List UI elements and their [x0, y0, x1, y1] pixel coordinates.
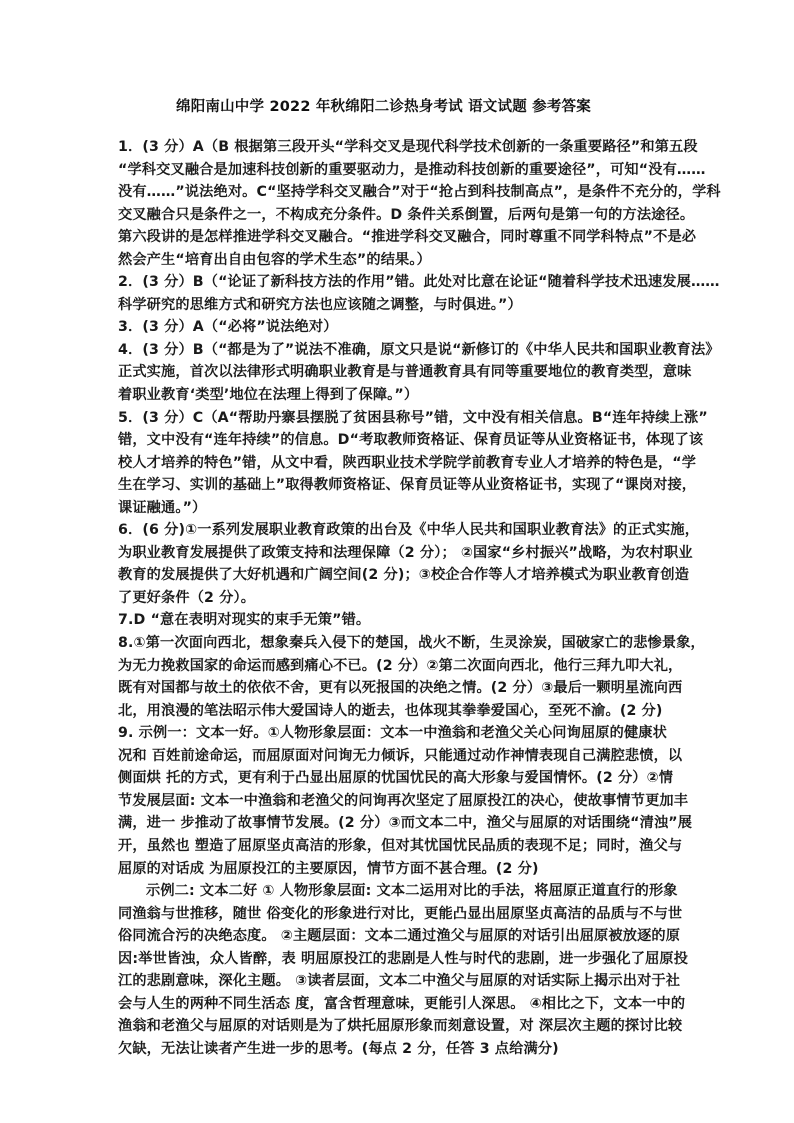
text-line: 没有……”说法绝对。C“坚持学科交叉融合”对于“抢占到科技制高点”，是条件不充分… [118, 181, 684, 204]
text-line: 况和 百姓前途命运，而屈原面对问询无力倾诉，只能通过动作神情表现自己满腔悲愤，以 [118, 745, 684, 768]
text-line: 生在学习、实训的基础上”取得教师资格证、保育员证等从业资格证书，实现了“课岗对接… [118, 474, 684, 497]
text-line: 9. 示例一：文本一好。①人物形象层面：文本一中渔翁和老渔父关心问询屈原的健康状 [118, 722, 684, 745]
text-line: 课证融通。”） [118, 497, 684, 520]
text-line: 欠缺，无法让读者产生进一步的思考。(每点 2 分，任答 3 点给满分) [118, 1038, 684, 1061]
text-line: 因:举世皆浊，众人皆醉，表 明屈原投江的悲剧是人性与时代的悲剧，进一步强化了屈原… [118, 948, 684, 971]
text-line: 江的悲剧意味，深化主题。 ③读者层面，文本二中渔父与屈原的对话实际上揭示出对于社 [118, 970, 684, 993]
text-line: 4．(3 分）B（“都是为了”说法不准确，原文只是说“新修订的《中华人民共和国职… [118, 339, 684, 362]
text-line: 5．(3 分）C（A“帮助丹寨县摆脱了贫困县称号”错，文中没有相关信息。B“连年… [118, 407, 684, 430]
text-line: 正式实施，首次以法律形式明确职业教育是与普通教育具有同等重要地位的教育类型，意味 [118, 361, 684, 384]
answer-body: 1．(3 分）A（B 根据第三段开头“学科交叉是现代科学技术创新的一条重要路径”… [118, 136, 684, 1060]
text-line: 了更好条件（2 分）。 [118, 587, 684, 610]
text-line: 俗同流合污的决绝态度。 ②主题层面：文本二通过渔父与屈原的对话引出屈原被放逐的原 [118, 925, 684, 948]
text-line: 然会产生“培育出自由包容的学术生态”的结果。） [118, 249, 684, 272]
text-line: 侧面烘 托的方式，更有利于凸显出屈原的忧国忧民的高大形象与爱国情怀。(2 分）②… [118, 767, 684, 790]
document-title: 绵阳南山中学 2022 年秋绵阳二诊热身考试 语文试题 参考答案 [176, 95, 591, 116]
text-line: 着职业教育‘类型’地位在法理上得到了保障。”） [118, 384, 684, 407]
text-line: 满，进一 步推动了故事情节发展。(2 分）③而文本二中，渔父与屈原的对话围绕“清… [118, 812, 684, 835]
text-line: 教育的发展提供了大好机遇和广阔空间(2 分)；③校企合作等人才培养模式为职业教育… [118, 564, 684, 587]
text-line: 2．(3 分）B（“论证了新科技方法的作用”错。此处对比意在论证“随着科学技术迅… [118, 271, 684, 294]
text-line: 3．(3 分）A（“必将”说法绝对） [118, 316, 684, 339]
text-line: 校人才培养的特色”错，从文中看，陕西职业技术学院学前教育专业人才培养的特色是，“… [118, 452, 684, 475]
text-line: 6．(6 分)①一系列发展职业教育政策的出台及《中华人民共和国职业教育法》的正式… [118, 519, 684, 542]
text-line: 北，用浪漫的笔法昭示伟大爱国诗人的逝去，也体现其拳拳爱国心，至死不渝。(2 分) [118, 700, 684, 723]
text-line: 屈原的对话成 为屈原投江的主要原因，情节方面不甚合理。(2 分) [118, 858, 684, 881]
text-line: 错，文中没有“连年持续”的信息。D“考取教师资格证、保育员证等从业资格证书，体现… [118, 429, 684, 452]
text-line: 会与人生的两种不同生活态 度，富含哲理意味，更能引人深思。 ④相比之下，文本一中… [118, 993, 684, 1016]
text-line: 科学研究的思维方式和研究方法也应该随之调整，与时俱进。”） [118, 294, 684, 317]
text-line: 交叉融合只是条件之一，不构成充分条件。D 条件关系倒置，后两句是第一句的方法途径… [118, 204, 684, 227]
text-line: 节发展层面: 文本一中渔翁和老渔父的问询再次坚定了屈原投江的决心，使故事情节更加… [118, 790, 684, 813]
text-line: 7.D “意在表明对现实的束手无策”错。 [118, 609, 684, 632]
text-line: 为无力挽救国家的命运而感到痛心不已。(2 分）②第二次面向西北，他行三拜九叩大礼… [118, 655, 684, 678]
text-line: 开，虽然也 塑造了屈原坚贞高洁的形象，但对其忧国忧民品质的表现不足；同时，渔父与 [118, 835, 684, 858]
text-line: 1．(3 分）A（B 根据第三段开头“学科交叉是现代科学技术创新的一条重要路径”… [118, 136, 684, 159]
text-line: 同渔翁与世推移，随世 俗变化的形象进行对比，更能凸显出屈原坚贞高洁的品质与不与世 [118, 903, 684, 926]
text-line: 为职业教育发展提供了政策支持和法理保障（2 分）； ②国家“乡村振兴”战略，为农… [118, 542, 684, 565]
text-line: 8.①第一次面向西北，想象秦兵入侵下的楚国，战火不断，生灵涂炭，国破家亡的悲惨景… [118, 632, 684, 655]
text-line: 第六段讲的是怎样推进学科交叉融合。“推进学科交叉融合，同时尊重不同学科特点”不是… [118, 226, 684, 249]
text-line: 既有对国都与故土的依依不舍，更有以死报国的决绝之情。(2 分）③最后一颗明星流向… [118, 677, 684, 700]
text-line: 渔翁和老渔父与屈原的对话则是为了烘托屈原形象而刻意设置，对 深层次主题的探讨比较 [118, 1015, 684, 1038]
text-line: “学科交叉融合是加速科技创新的重要驱动力，是推动科技创新的重要途径”，可知“没有… [118, 159, 684, 182]
text-line: 示例二: 文本二好 ① 人物形象层面: 文本二运用对比的手法，将屈原正道直行的形… [118, 880, 684, 903]
